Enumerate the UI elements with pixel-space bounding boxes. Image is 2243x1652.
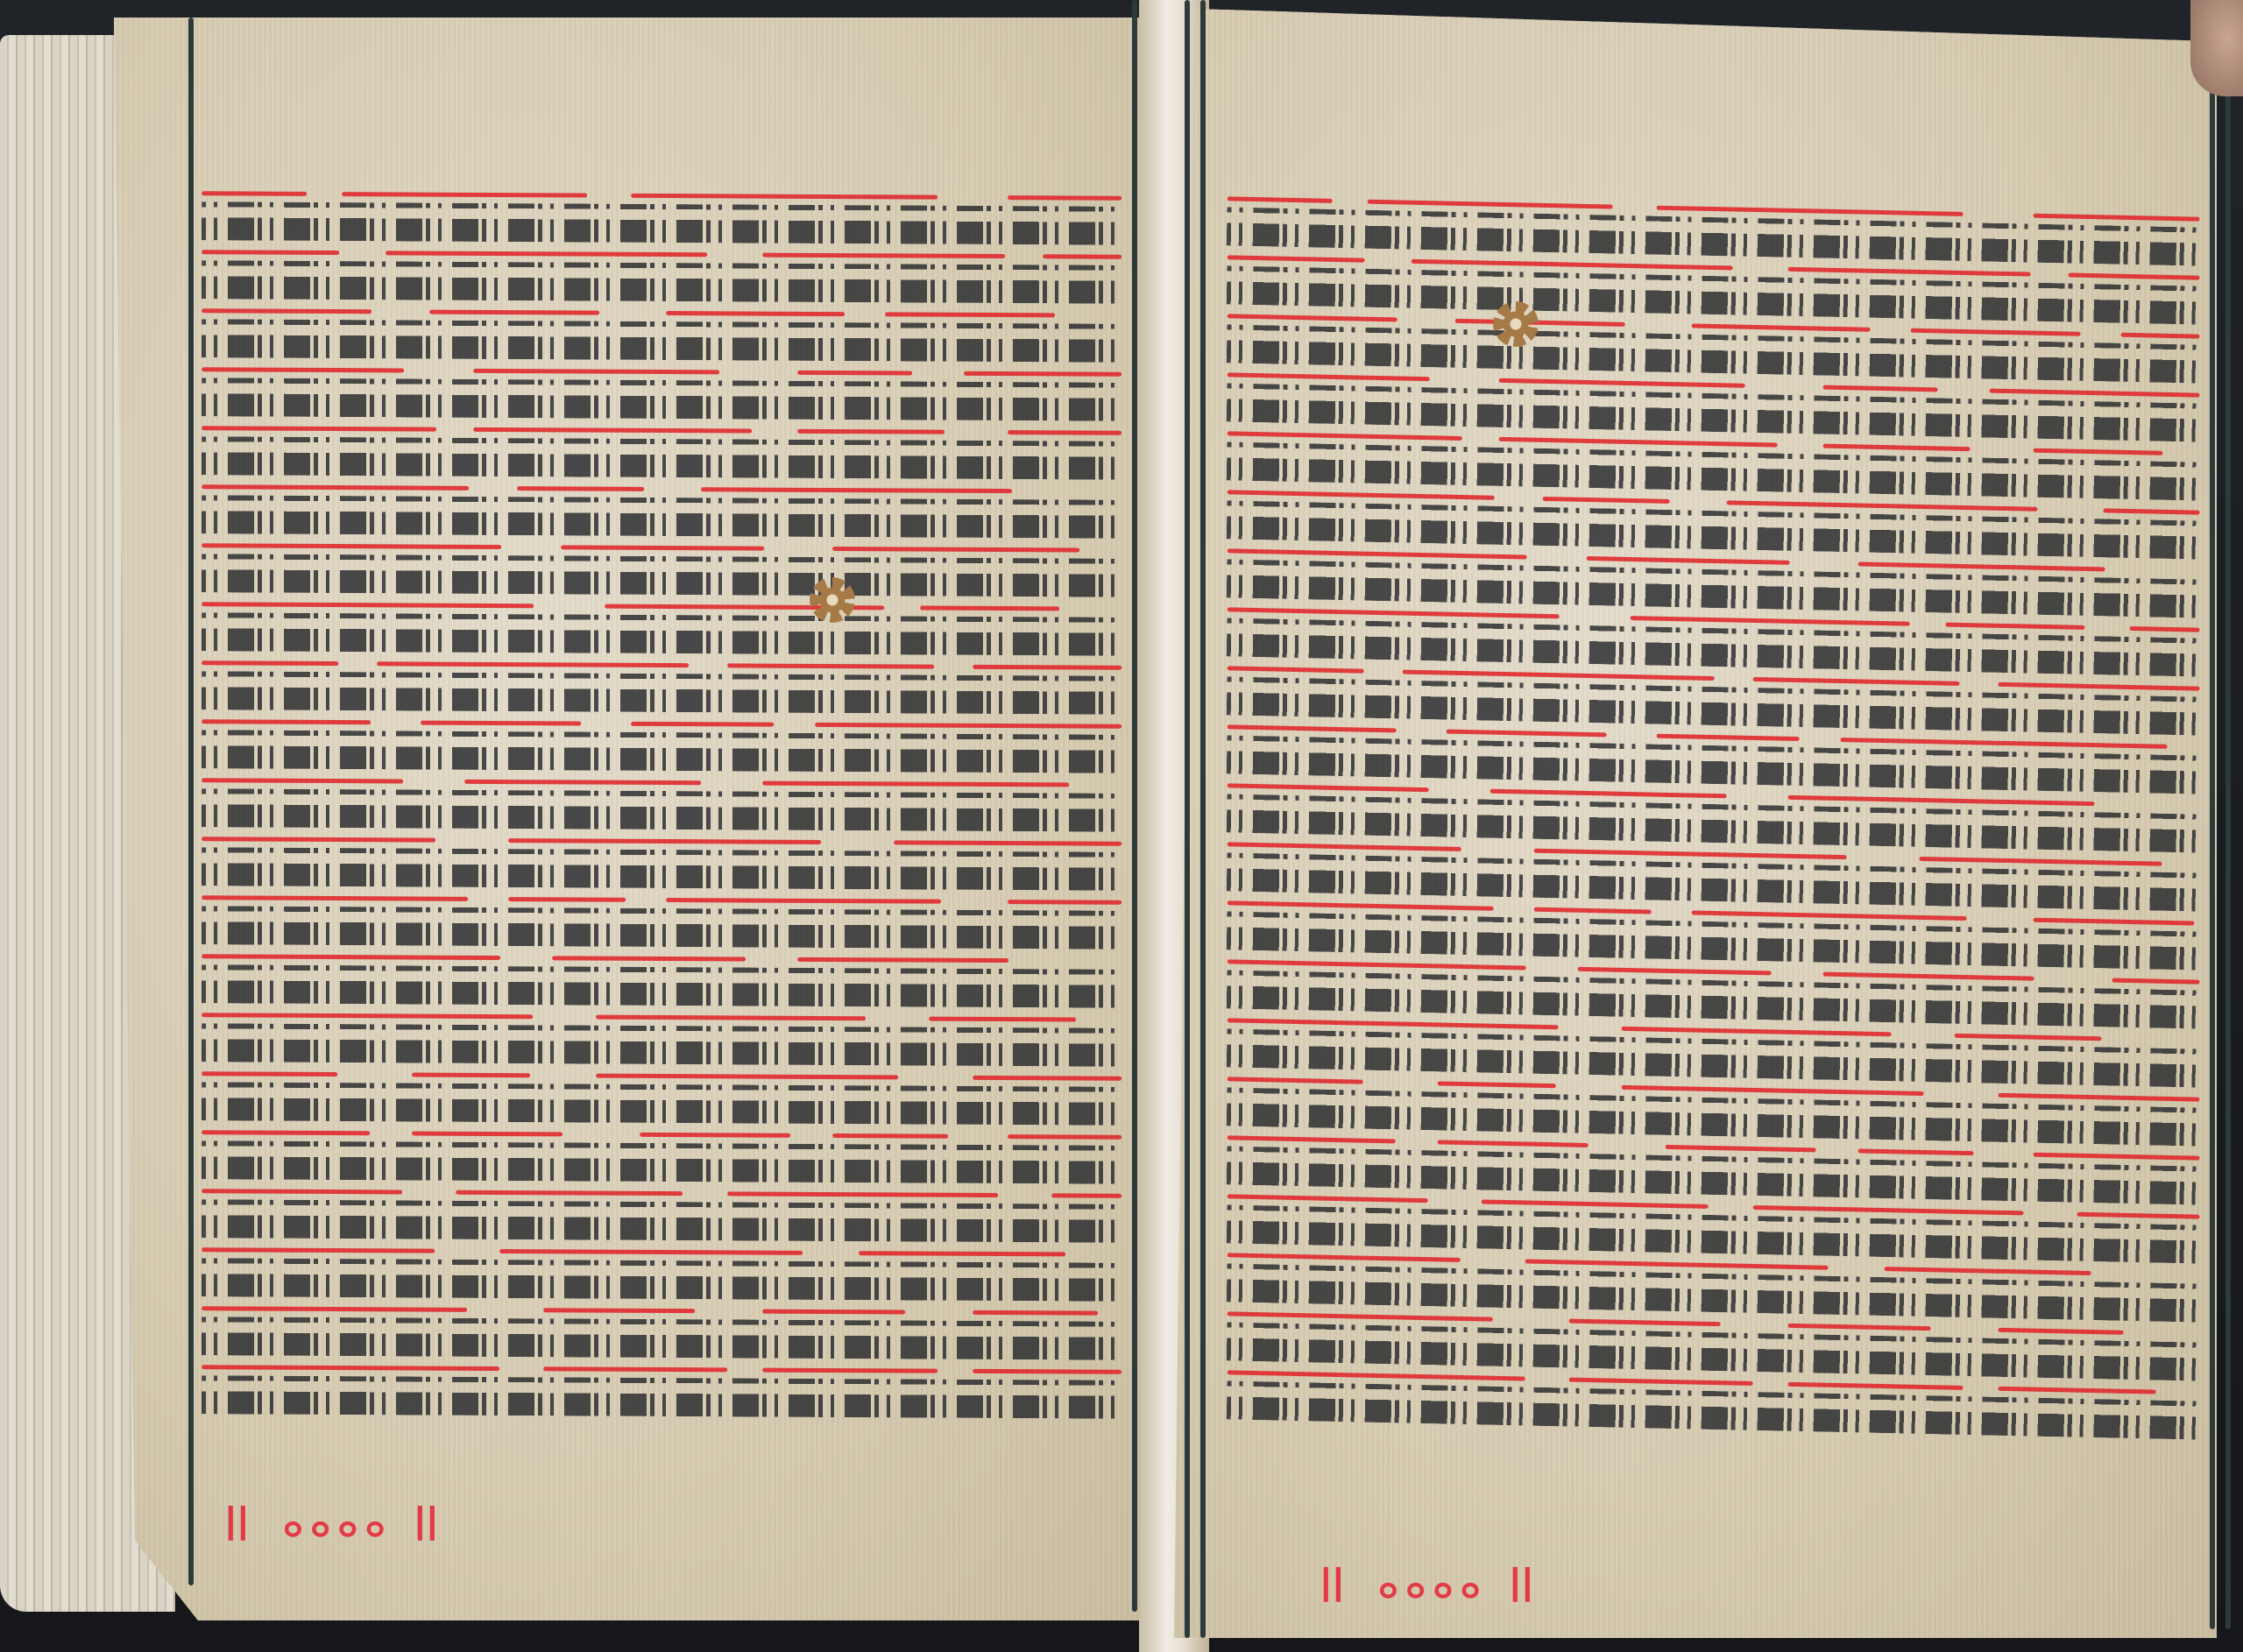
red-underline	[1955, 1034, 2102, 1041]
red-underline	[202, 367, 404, 372]
manuscript-line	[202, 664, 1121, 721]
red-underline	[727, 1191, 998, 1197]
red-underline	[2112, 978, 2200, 985]
red-underline	[1438, 1140, 1588, 1147]
red-underline	[1788, 1382, 1964, 1390]
red-underline	[1657, 734, 1800, 741]
red-underline	[1008, 195, 1121, 201]
flower-ornament-icon	[806, 574, 859, 626]
red-underline	[1990, 389, 2200, 398]
red-underline	[202, 1071, 337, 1077]
handwritten-glyphs	[202, 788, 1121, 831]
handwritten-glyphs	[202, 1082, 1121, 1125]
red-underline	[1228, 255, 1365, 262]
handwritten-glyphs	[202, 1140, 1121, 1183]
red-underline	[1999, 682, 2200, 691]
red-underline	[1911, 328, 2081, 336]
red-underline	[1788, 1324, 1931, 1331]
red-underline	[2069, 272, 2200, 279]
red-underline	[202, 191, 307, 196]
red-underline	[202, 778, 403, 783]
red-underline	[797, 429, 945, 434]
handwritten-glyphs	[202, 671, 1121, 714]
red-underline	[596, 1015, 866, 1021]
manuscript-line	[202, 899, 1121, 956]
handwritten-glyphs	[202, 730, 1121, 773]
red-underline	[1051, 1193, 1121, 1197]
red-underline	[1999, 1093, 2200, 1102]
manuscript-line	[202, 605, 1121, 662]
red-underline	[473, 427, 752, 434]
red-underline	[973, 1310, 1098, 1316]
red-underline	[762, 1310, 905, 1315]
red-underline	[1228, 1194, 1428, 1203]
right-border-rule-outer-2	[2225, 88, 2231, 1629]
red-underline	[1008, 900, 1121, 905]
red-underline	[202, 954, 500, 960]
manuscript-line	[202, 1016, 1121, 1073]
manuscript-line	[202, 723, 1121, 780]
red-underline	[377, 661, 689, 667]
red-underline	[1569, 1319, 1721, 1327]
red-underline	[1228, 724, 1397, 732]
right-text-block	[1227, 210, 2199, 1454]
handwritten-glyphs	[1227, 500, 2200, 559]
red-underline	[1666, 1145, 1816, 1153]
manuscript-line	[202, 1075, 1121, 1132]
red-underline	[832, 547, 1079, 552]
red-underline	[596, 1074, 898, 1080]
red-underline	[202, 660, 338, 666]
handwritten-glyphs	[202, 612, 1121, 655]
manuscript-line	[202, 312, 1121, 369]
red-underline	[202, 837, 435, 842]
manuscript-photo: ॥ ॰॰॰॰ ॥ ॥ ॰॰॰॰ ॥	[0, 0, 2243, 1652]
red-underline	[666, 898, 941, 904]
holding-thumb	[2190, 0, 2243, 96]
red-underline	[2077, 1212, 2200, 1219]
red-underline	[1228, 1077, 1363, 1084]
red-underline	[1043, 254, 1121, 258]
red-underline	[1228, 783, 1429, 792]
handwritten-glyphs	[202, 906, 1121, 949]
red-underline	[701, 487, 1012, 493]
red-underline	[920, 606, 1059, 611]
red-underline	[1999, 1387, 2156, 1394]
red-underline	[1823, 972, 2034, 981]
handwritten-glyphs	[202, 964, 1121, 1007]
handwritten-glyphs	[202, 436, 1121, 479]
manuscript-line	[202, 488, 1121, 545]
red-underline	[202, 1247, 435, 1253]
red-underline	[456, 1190, 683, 1196]
red-underline	[2130, 626, 2200, 632]
handwritten-glyphs	[202, 1375, 1121, 1418]
manuscript-line	[202, 371, 1121, 427]
red-underline	[832, 1133, 948, 1139]
handwritten-glyphs	[202, 1199, 1121, 1242]
red-underline	[631, 194, 938, 200]
red-underline	[929, 1017, 1076, 1022]
red-underline	[762, 253, 1005, 258]
red-underline	[412, 1073, 530, 1078]
manuscript-line	[202, 1133, 1121, 1190]
red-underline	[1543, 497, 1670, 504]
red-underline	[797, 371, 912, 376]
red-underline	[561, 545, 764, 550]
red-underline	[1946, 623, 2085, 630]
red-underline	[1228, 1135, 1396, 1143]
red-underline	[421, 721, 581, 726]
manuscript-line	[202, 840, 1121, 897]
red-underline	[727, 663, 934, 668]
red-underline	[202, 250, 339, 255]
red-underline	[2034, 214, 2200, 222]
right-border-rule-inner-2	[1200, 0, 1206, 1638]
red-underline	[473, 369, 719, 374]
manuscript-line	[202, 1251, 1121, 1308]
red-underline	[762, 781, 1069, 787]
red-underline	[2034, 918, 2195, 926]
red-underline	[1885, 1267, 2091, 1275]
manuscript-line	[202, 1368, 1121, 1425]
red-underline	[202, 426, 436, 431]
red-underline	[1587, 556, 1790, 565]
red-underline	[202, 1130, 370, 1135]
manuscript-line	[202, 547, 1121, 604]
red-underline	[1569, 1378, 1753, 1386]
handwritten-glyphs	[202, 201, 1121, 244]
red-underline	[202, 602, 534, 608]
red-underline	[1753, 677, 1960, 686]
handwritten-glyphs	[1227, 970, 2200, 1028]
red-underline	[1578, 967, 1772, 976]
handwritten-glyphs	[202, 260, 1121, 303]
red-underline	[1228, 314, 1397, 321]
red-underline	[1447, 730, 1607, 738]
handwritten-glyphs	[1227, 1204, 2200, 1263]
red-underline	[973, 1369, 1121, 1374]
red-underline	[1228, 372, 1430, 381]
red-underline	[1008, 430, 1121, 435]
red-underline	[202, 1365, 499, 1371]
red-underline	[202, 719, 371, 724]
red-underline	[412, 1132, 563, 1137]
red-underline	[762, 1368, 938, 1373]
left-border-rule-inner	[1132, 0, 1137, 1612]
red-underline	[666, 311, 845, 316]
red-underline	[543, 1366, 727, 1372]
red-underline	[386, 251, 707, 257]
red-underline	[517, 486, 644, 491]
red-underline	[2034, 1153, 2200, 1161]
manuscript-line	[202, 253, 1121, 310]
red-underline	[859, 1251, 1065, 1256]
left-footer-note: ॥ ॰॰॰॰ ॥	[219, 1489, 445, 1565]
red-underline	[1534, 907, 1652, 914]
red-underline	[202, 895, 468, 901]
manuscript-line	[202, 781, 1121, 838]
red-underline	[429, 310, 599, 315]
red-underline	[973, 1076, 1121, 1081]
manuscript-line	[202, 957, 1121, 1014]
handwritten-glyphs	[202, 378, 1121, 420]
red-underline	[964, 371, 1121, 377]
red-underline	[973, 665, 1121, 670]
red-underline	[885, 312, 1055, 317]
red-underline	[1438, 1081, 1556, 1088]
red-underline	[508, 838, 821, 844]
red-underline	[1692, 323, 1871, 331]
red-underline	[202, 1013, 533, 1019]
red-underline	[1858, 1148, 1974, 1155]
red-underline	[499, 1249, 803, 1255]
red-underline	[202, 484, 469, 491]
red-underline	[202, 1306, 467, 1312]
left-border-rule	[188, 18, 194, 1585]
red-underline	[202, 1189, 402, 1194]
red-underline	[508, 897, 626, 902]
right-border-rule-inner	[1185, 0, 1190, 1638]
manuscript-line	[202, 429, 1121, 486]
manuscript-line	[202, 1192, 1121, 1249]
red-underline	[342, 192, 587, 197]
handwritten-glyphs	[202, 847, 1121, 890]
right-border-rule-outer	[2210, 88, 2215, 1629]
red-underline	[202, 308, 371, 314]
red-underline	[1823, 385, 1938, 392]
red-underline	[640, 1133, 790, 1138]
red-underline	[797, 957, 1008, 963]
red-underline	[1228, 666, 1364, 673]
red-underline	[1823, 444, 1971, 452]
left-text-block	[202, 197, 1121, 1441]
manuscript-line	[202, 194, 1121, 251]
red-underline	[552, 956, 746, 961]
red-underline	[894, 840, 1121, 845]
handwritten-glyphs	[202, 1023, 1121, 1066]
handwritten-glyphs	[202, 1258, 1121, 1301]
red-underline	[815, 723, 1121, 729]
red-underline	[543, 1308, 695, 1313]
red-underline	[202, 543, 501, 549]
handwritten-glyphs	[202, 319, 1121, 362]
handwritten-glyphs	[202, 554, 1121, 597]
handwritten-glyphs	[1227, 265, 2200, 324]
right-footer-note: ॥ ॰॰॰॰ ॥	[1314, 1550, 1540, 1627]
red-underline	[2104, 508, 2200, 514]
manuscript-line	[202, 1310, 1121, 1366]
flower-ornament-icon	[1489, 298, 1542, 350]
handwritten-glyphs	[202, 1317, 1121, 1359]
red-underline	[2121, 333, 2200, 339]
handwritten-glyphs	[202, 495, 1121, 538]
red-underline	[1008, 1134, 1121, 1140]
red-underline	[631, 722, 774, 727]
red-underline	[1999, 1328, 2124, 1335]
red-underline	[464, 780, 701, 785]
red-underline	[2034, 448, 2163, 455]
